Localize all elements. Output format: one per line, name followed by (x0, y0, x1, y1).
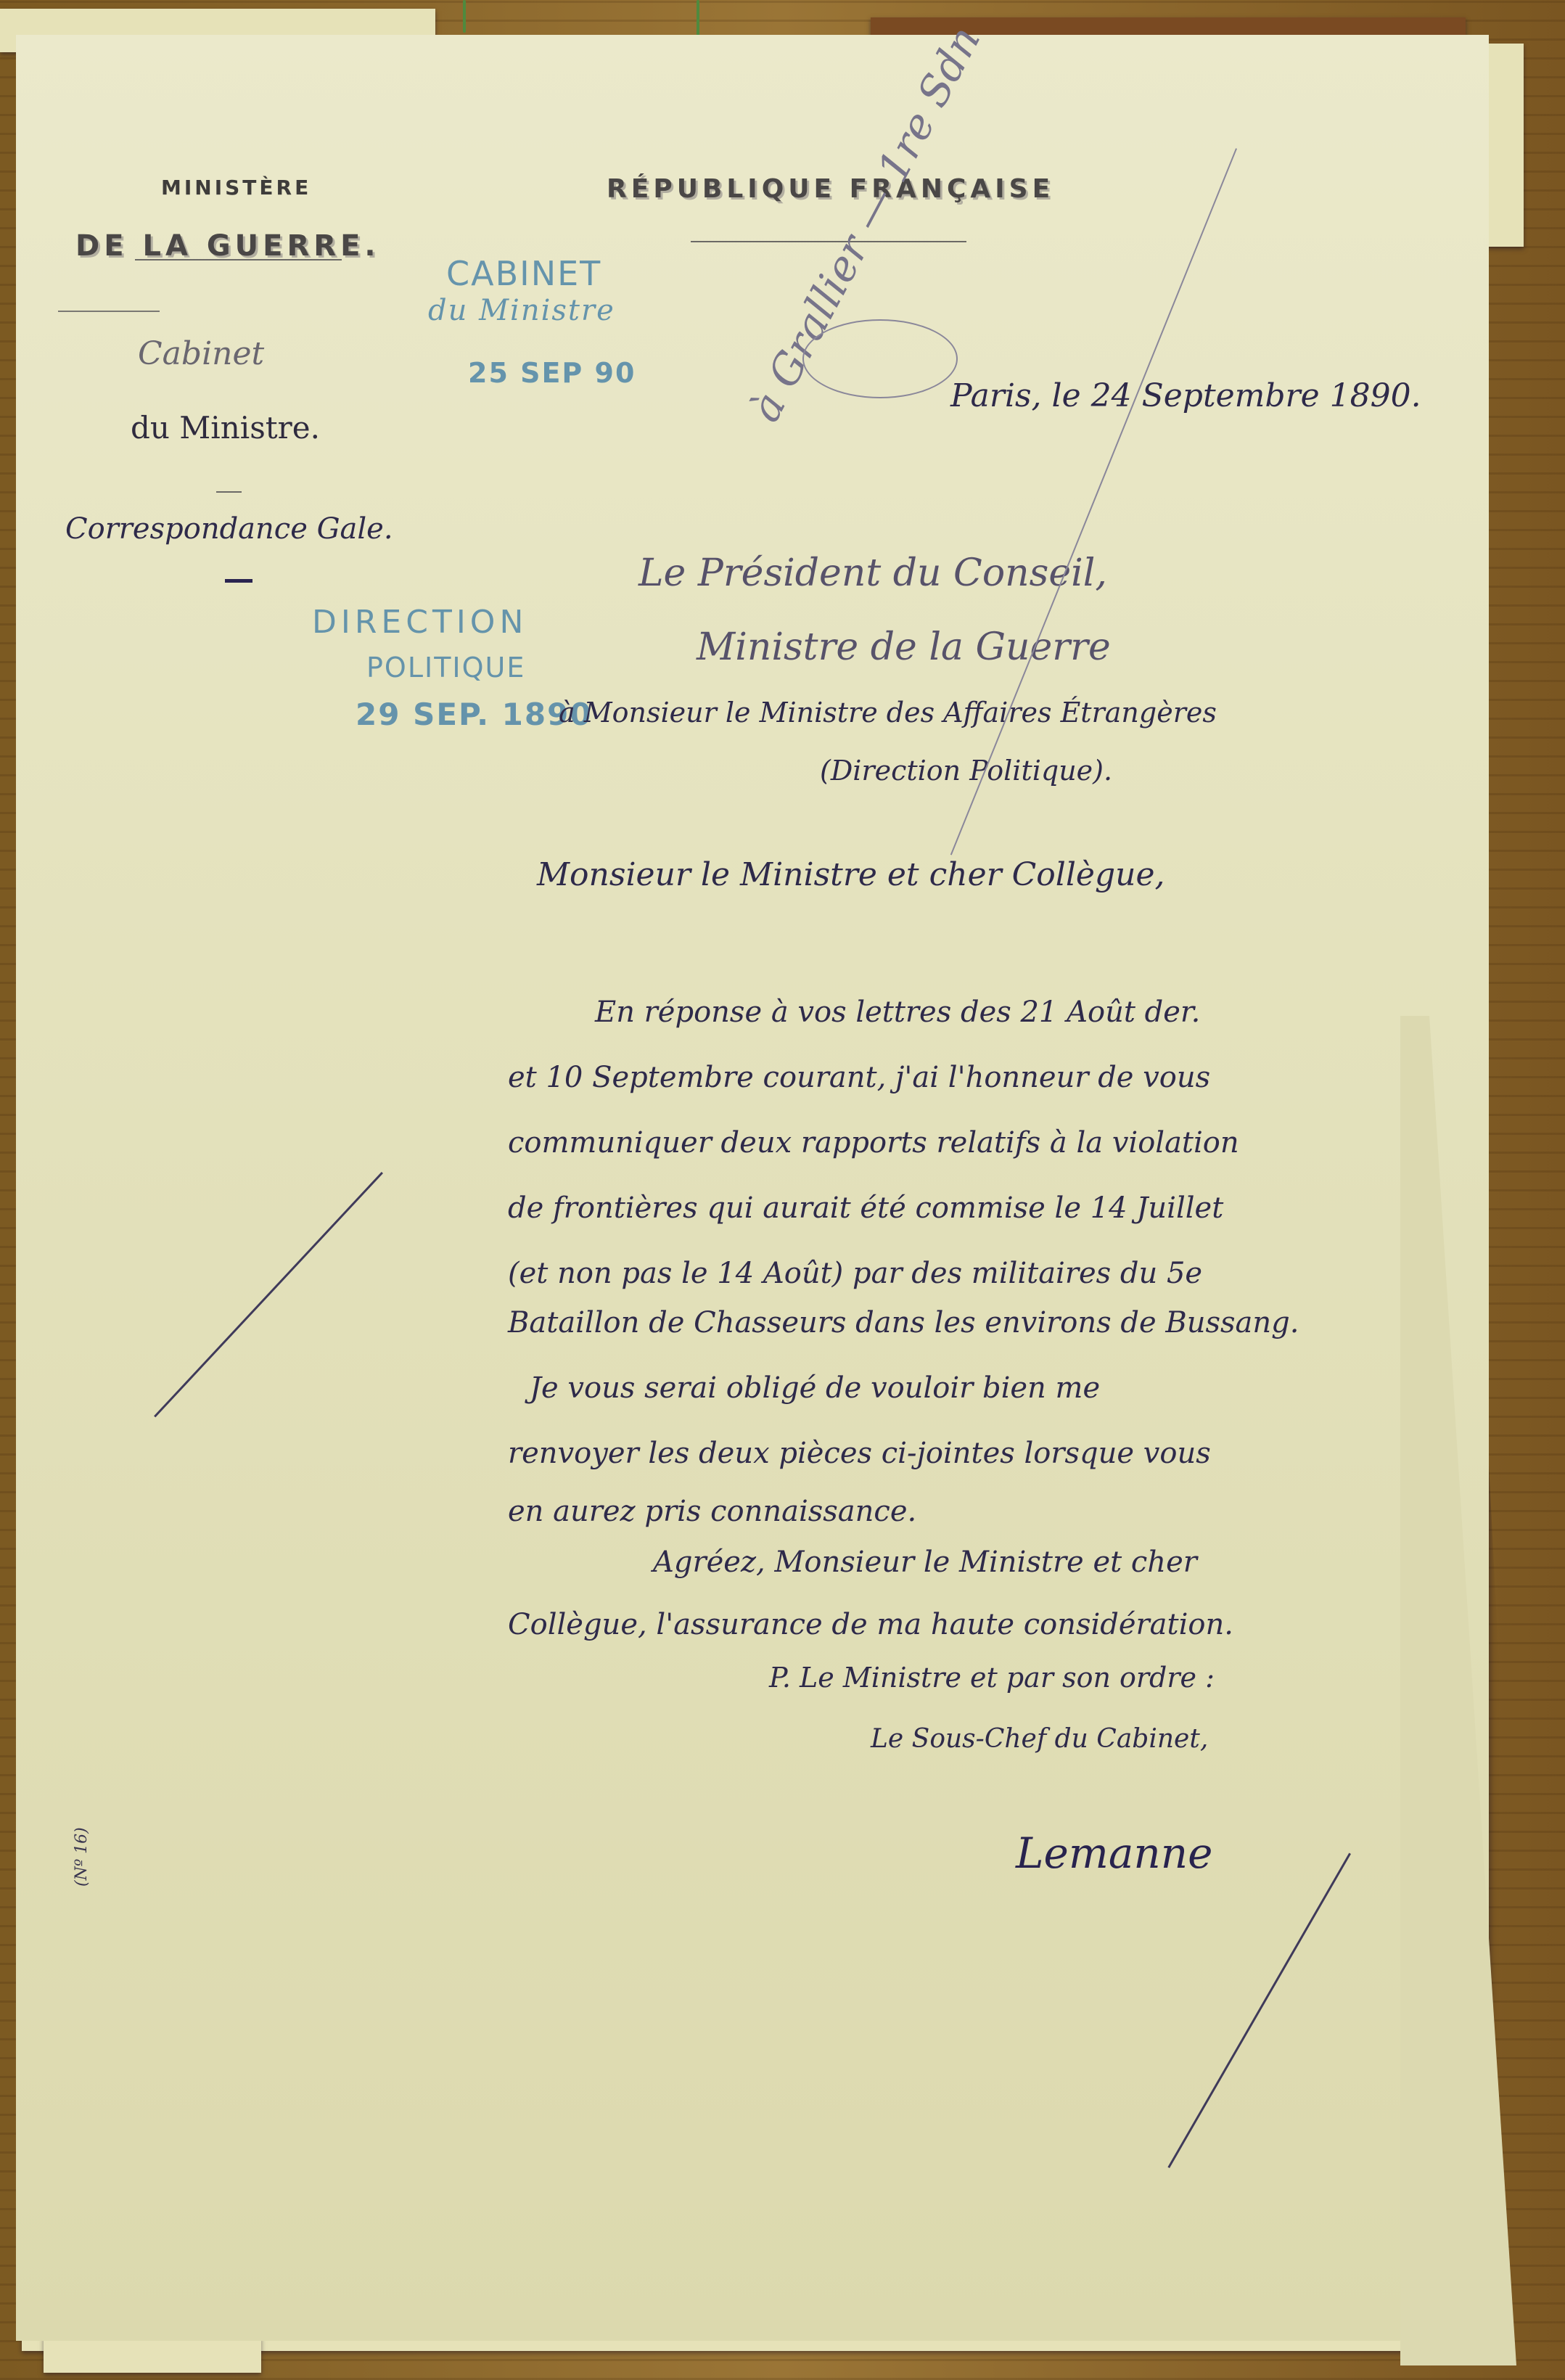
body-line: Bataillon de Chasseurs dans les environs… (508, 1306, 1299, 1339)
closing-line: Agréez, Monsieur le Ministre et cher (653, 1546, 1197, 1579)
direction-stamp-date: 29 SEP. 1890 (356, 697, 593, 732)
body-line: de frontières qui aurait été commise le … (508, 1191, 1223, 1225)
green-thread (697, 0, 699, 36)
body-line: en aurez pris connaissance. (508, 1495, 916, 1528)
body-line: En réponse à vos lettres des 21 Août der… (595, 996, 1200, 1029)
date-line: Paris, le 24 Septembre 1890. (950, 377, 1421, 414)
sender-line2: Ministre de la Guerre (697, 625, 1111, 669)
margin-note: (Nº 16) (73, 1827, 91, 1887)
direction-stamp-line2: POLITIQUE (366, 652, 525, 684)
correspondence-label: Correspondance Gale. (65, 512, 393, 546)
cabinet-stamp-line1: CABINET (446, 254, 601, 293)
ministry-heading-line1: MINISTÈRE (161, 176, 311, 200)
signature-line1: P. Le Ministre et par son ordre : (769, 1662, 1215, 1694)
ornament-divider-left (135, 259, 342, 260)
closing-line: Collègue, l'assurance de ma haute consid… (508, 1608, 1233, 1641)
ministry-heading-line2: DE LA GUERRE. (75, 229, 380, 263)
pencil-oval-flourish (802, 319, 958, 398)
cabinet-stamp-date: 25 SEP 90 (468, 357, 636, 389)
sender-line1: Le Président du Conseil, (638, 551, 1107, 595)
short-dash (225, 579, 252, 583)
salutation: Monsieur le Ministre et cher Collègue, (537, 856, 1165, 893)
republic-heading: RÉPUBLIQUE FRANÇAISE (607, 174, 1054, 204)
signature: Lemanne (1016, 1829, 1212, 1878)
body-line: Je vous serai obligé de vouloir bien me (530, 1371, 1100, 1405)
department-label-2: du Ministre. (131, 410, 320, 446)
body-line: et 10 Septembre courant, j'ai l'honneur … (508, 1061, 1210, 1094)
green-thread (463, 0, 466, 33)
cabinet-stamp-line2: du Ministre (428, 294, 615, 327)
body-line: renvoyer les deux pièces ci-jointes lors… (508, 1437, 1211, 1470)
ornament-divider-left (58, 311, 160, 312)
body-line: (et non pas le 14 Août) par des militair… (508, 1257, 1202, 1290)
short-divider (216, 491, 242, 493)
recipient-line1: à Monsieur le Ministre des Affaires Étra… (559, 697, 1217, 729)
body-line: communiquer deux rapports relatifs à la … (508, 1126, 1239, 1160)
underlying-sheet-bottom-2 (44, 2336, 261, 2373)
recipient-line2: (Direction Politique). (820, 755, 1112, 787)
direction-stamp-line1: DIRECTION (312, 604, 527, 641)
department-label: Cabinet (138, 335, 264, 372)
signature-line2: Le Sous-Chef du Cabinet, (871, 1724, 1208, 1754)
